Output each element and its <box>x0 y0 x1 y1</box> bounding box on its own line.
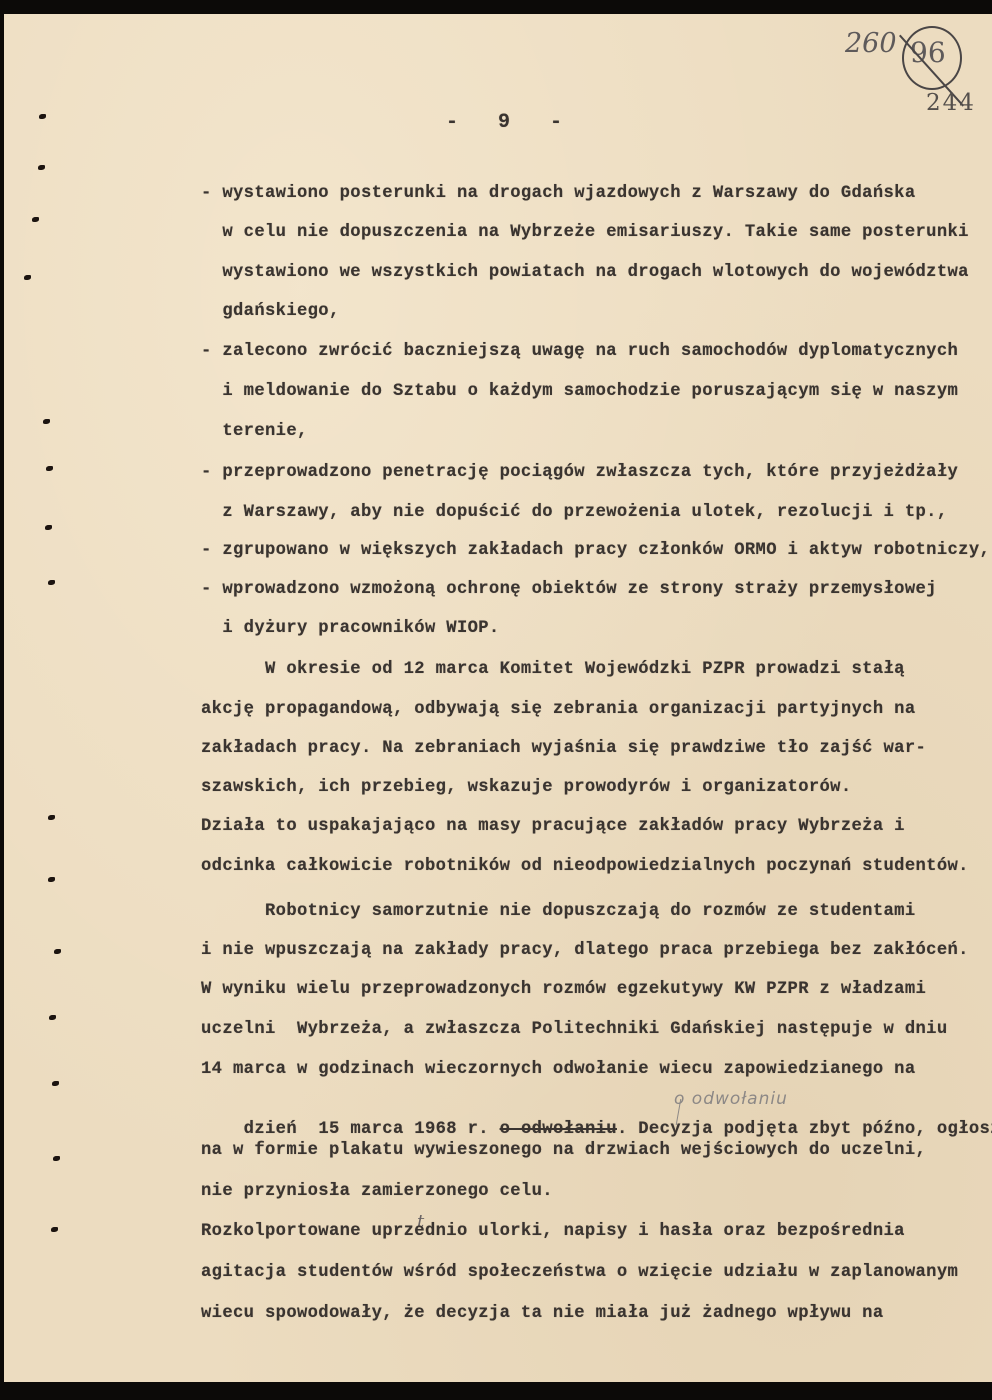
text-line: i meldowanie do Sztabu o każdym samochod… <box>201 382 958 401</box>
binding-hole <box>52 1081 59 1086</box>
text-line: uczelni Wybrzeża, a zwłaszcza Politechni… <box>201 1020 948 1039</box>
text-line: szawskich, ich przebieg, wskazuje prowod… <box>201 778 852 797</box>
binding-hole <box>51 1227 58 1232</box>
text-line: - zalecono zwrócić baczniejszą uwagę na … <box>201 342 958 361</box>
text-line: 14 marca w godzinach wieczornych odwołan… <box>201 1060 916 1079</box>
text-segment: dzień 15 marca 1968 r. <box>244 1120 500 1139</box>
binding-hole <box>48 580 55 585</box>
text-line: - wystawiono posterunki na drogach wjazd… <box>201 184 916 203</box>
text-line: W wyniku wielu przeprowadzonych rozmów e… <box>201 980 926 999</box>
text-line: i dyżury pracowników WIOP. <box>201 619 500 638</box>
text-line: akcję propagandową, odbywają się zebrani… <box>201 700 916 719</box>
binding-hole <box>38 165 45 170</box>
binding-hole <box>53 1156 60 1161</box>
text-line: Rozkolportowane uprzednio ulorki, napisy… <box>201 1222 905 1241</box>
text-line: terenie, <box>201 422 308 441</box>
binding-hole <box>24 275 31 280</box>
binding-hole <box>48 815 55 820</box>
text-line: Robotnicy samorzutnie nie dopuszczają do… <box>201 902 916 921</box>
text-line: zakładach pracy. Na zebraniach wyjaśnia … <box>201 739 926 758</box>
text-line: - zgrupowano w większych zakładach pracy… <box>201 541 990 560</box>
text-line: w celu nie dopuszczenia na Wybrzeże emis… <box>201 223 969 242</box>
text-line: z Warszawy, aby nie dopuścić do przewoże… <box>201 503 948 522</box>
binding-hole <box>43 419 50 424</box>
binding-hole <box>48 877 55 882</box>
binding-hole <box>45 525 52 530</box>
text-line: na w formie plakatu wywieszonego na drzw… <box>201 1141 926 1160</box>
binding-hole <box>49 1015 56 1020</box>
text-line: - wprowadzono wzmożoną ochronę obiektów … <box>201 580 937 599</box>
struck-out-text: o odwołaniu <box>500 1120 617 1139</box>
binding-hole <box>46 466 53 471</box>
text-line: wystawiono we wszystkich powiatach na dr… <box>201 263 969 282</box>
text-line: odcinka całkowicie robotników od nieodpo… <box>201 857 969 876</box>
text-line: nie przyniosła zamierzonego celu. <box>201 1182 553 1201</box>
page-number: - 9 - <box>446 111 576 134</box>
document-page: 260 96 244 - 9 - - wystawiono posterunki… <box>4 14 992 1382</box>
text-line: agitacja studentów wśród społeczeństwa o… <box>201 1263 958 1282</box>
stamped-archive-number: 244 <box>926 90 976 116</box>
text-line: - przeprowadzono penetrację pociągów zwł… <box>201 463 958 482</box>
text-line: Działa to uspakajająco na masy pracujące… <box>201 817 905 836</box>
text-line: i nie wpuszczają na zakłady pracy, dlate… <box>201 941 969 960</box>
handwritten-archive-number: 260 <box>845 28 897 59</box>
binding-hole <box>32 217 39 222</box>
binding-hole <box>39 114 46 119</box>
text-line: gdańskiego, <box>201 302 340 321</box>
binding-hole <box>54 949 61 954</box>
text-line: wiecu spowodowały, że decyzja ta nie mia… <box>201 1304 884 1323</box>
text-segment: . Decyzja podjęta zbyt późno, ogłoszo <box>617 1120 992 1139</box>
text-line: W okresie od 12 marca Komitet Wojewódzki… <box>201 660 905 679</box>
